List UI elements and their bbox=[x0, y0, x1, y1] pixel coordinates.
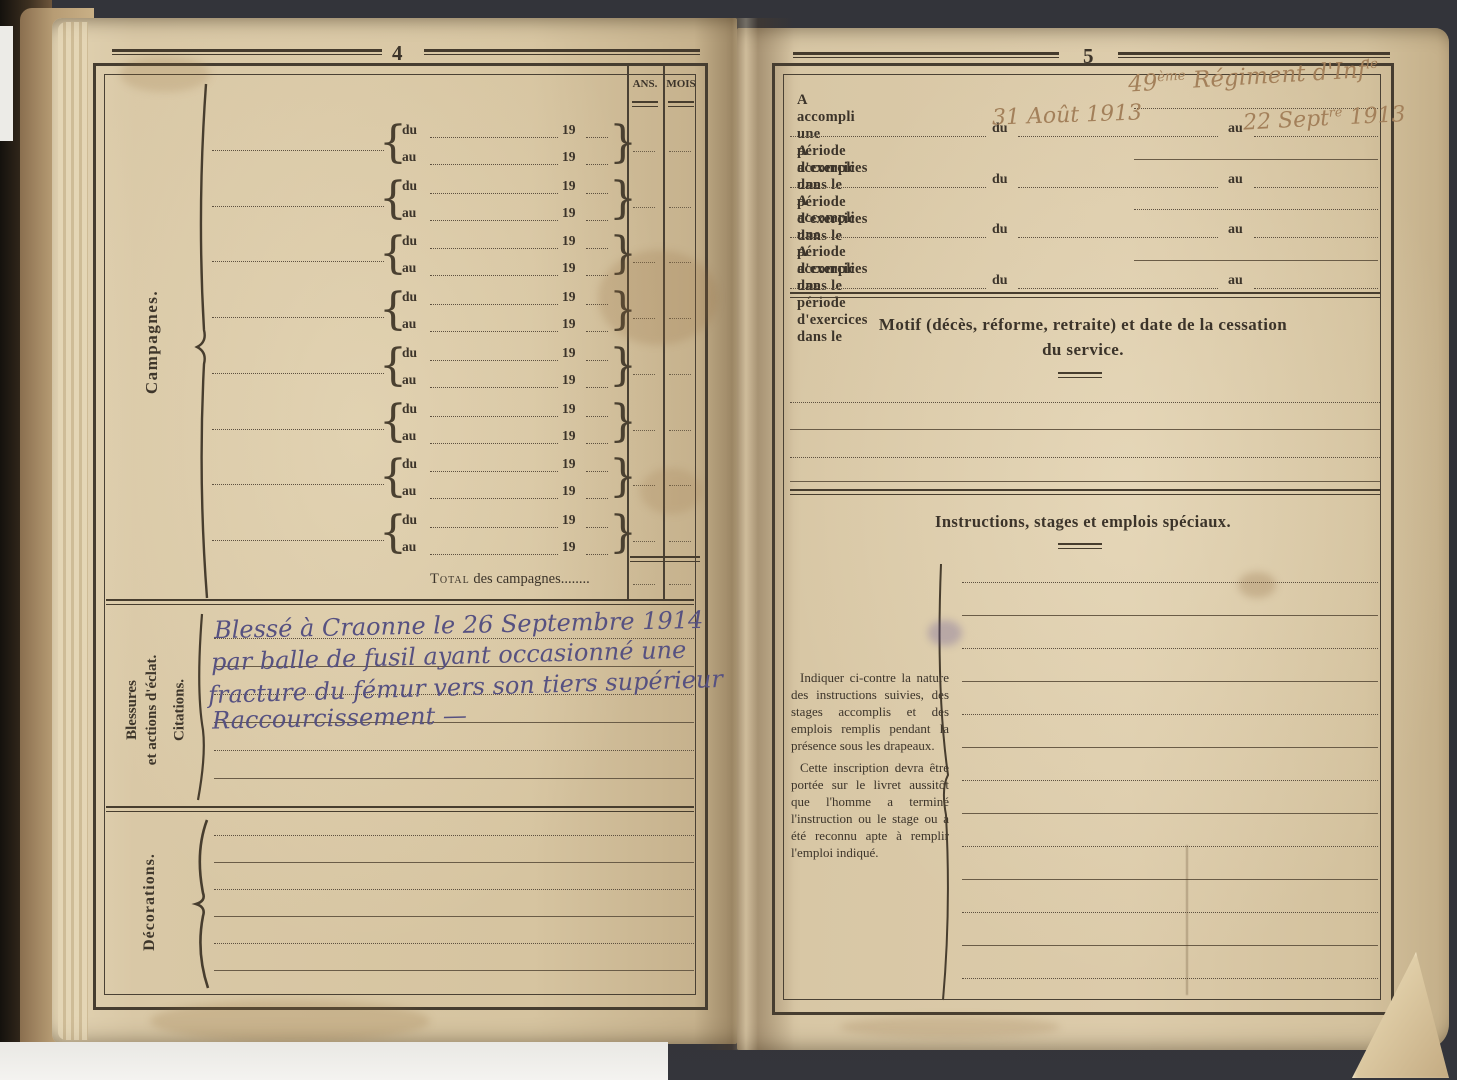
exercise-du-line bbox=[1018, 136, 1218, 137]
ans-entry-line bbox=[633, 374, 655, 375]
hw-date-to-main: 22 Sept bbox=[1242, 106, 1329, 135]
blessures-ruled-line bbox=[214, 778, 694, 779]
campaign-du-label: du bbox=[402, 122, 417, 138]
campaign-du-line bbox=[430, 248, 558, 249]
exercise-left-line bbox=[790, 237, 986, 238]
total-columns-rule bbox=[630, 556, 700, 562]
campaign-au-line-tail bbox=[586, 331, 608, 332]
motif-dash bbox=[1058, 372, 1102, 378]
close-brace: } bbox=[609, 113, 637, 173]
mois-entry-line bbox=[669, 374, 691, 375]
campaign-du-label: du bbox=[402, 456, 417, 472]
campaign-au-line-tail bbox=[586, 275, 608, 276]
handwriting-date-from: 31 Août 1913 bbox=[992, 100, 1143, 130]
campaign-du-line-tail bbox=[586, 416, 608, 417]
campaign-au-line bbox=[430, 275, 558, 276]
scanned-booklet: 4 ANS. MOIS Campagnes. Blessures et acti… bbox=[0, 0, 1457, 1080]
white-scanner-sliver bbox=[0, 26, 13, 141]
ans-entry-line bbox=[633, 207, 655, 208]
instructions-note-p2: Cette inscription devra être portée sur … bbox=[791, 760, 949, 861]
exercise-regiment-line bbox=[1134, 260, 1378, 261]
hw-date-to-sup: re bbox=[1328, 105, 1342, 121]
blessures-handwriting-line: Raccourcissement — bbox=[212, 701, 467, 734]
page-crease bbox=[1186, 845, 1188, 995]
decorations-ruled-line bbox=[214, 943, 694, 944]
campaign-du-year: 19 bbox=[562, 178, 576, 194]
campaign-du-line bbox=[430, 360, 558, 361]
campaign-au-line bbox=[430, 164, 558, 165]
exercise-regiment-line bbox=[1134, 159, 1378, 160]
campaign-du-year: 19 bbox=[562, 233, 576, 249]
campaign-du-label: du bbox=[402, 289, 417, 305]
campaign-du-year: 19 bbox=[562, 122, 576, 138]
campaign-au-year: 19 bbox=[562, 316, 576, 332]
instructions-ruled-line bbox=[962, 582, 1378, 583]
close-brace: } bbox=[609, 280, 637, 340]
campaign-du-year: 19 bbox=[562, 345, 576, 361]
motif-heading-line1: Motif (décès, réforme, retraite) et date… bbox=[785, 315, 1381, 335]
exercise-regiment-line bbox=[1134, 209, 1378, 210]
instructions-ruled-line bbox=[962, 813, 1378, 814]
campaign-du-line bbox=[430, 471, 558, 472]
mois-column-header: MOIS bbox=[664, 78, 698, 90]
right-header-rule-left bbox=[793, 52, 1059, 58]
exercise-left-line bbox=[790, 136, 986, 137]
campaign-du-line bbox=[430, 304, 558, 305]
close-brace: } bbox=[609, 336, 637, 396]
close-brace: } bbox=[609, 392, 637, 452]
mois-header-rule bbox=[668, 101, 694, 107]
mois-entry-line bbox=[669, 151, 691, 152]
campaign-au-line-tail bbox=[586, 443, 608, 444]
campaign-name-line bbox=[212, 150, 384, 151]
instructions-ruled-line bbox=[962, 846, 1378, 847]
ans-entry-line bbox=[633, 541, 655, 542]
citations-label: Citations. bbox=[172, 679, 189, 741]
campaign-name-line bbox=[212, 429, 384, 430]
instructions-ruled-line bbox=[962, 879, 1378, 880]
campaign-name-line bbox=[212, 261, 384, 262]
campaign-au-year: 19 bbox=[562, 149, 576, 165]
campaign-au-year: 19 bbox=[562, 483, 576, 499]
ans-column-header: ANS. bbox=[628, 78, 662, 90]
exercise-du-label: du bbox=[992, 172, 1008, 188]
campaign-du-year: 19 bbox=[562, 401, 576, 417]
instructions-dash bbox=[1058, 543, 1102, 549]
exercise-au-line bbox=[1254, 288, 1378, 289]
rule-above-instructions bbox=[790, 489, 1380, 495]
campaign-du-year: 19 bbox=[562, 512, 576, 528]
campaign-au-line bbox=[430, 554, 558, 555]
exercise-au-label: au bbox=[1228, 222, 1243, 238]
blessures-label-line2: et actions d'éclat. bbox=[144, 655, 160, 765]
total-campagnes-label: Total des campagnes........ bbox=[430, 571, 590, 588]
campaign-au-line-tail bbox=[586, 164, 608, 165]
left-header-rule-right bbox=[424, 49, 700, 55]
campaign-au-line bbox=[430, 331, 558, 332]
campaign-au-year: 19 bbox=[562, 539, 576, 555]
close-brace: } bbox=[609, 224, 637, 284]
ans-header-rule bbox=[632, 101, 658, 107]
instructions-note-p1: Indiquer ci-contre la nature des instruc… bbox=[791, 670, 949, 754]
decorations-ruled-line bbox=[214, 835, 694, 836]
campaign-au-label: au bbox=[402, 149, 416, 165]
hw-regiment-sup1: ème bbox=[1157, 68, 1186, 85]
campaign-au-line-tail bbox=[586, 554, 608, 555]
ans-entry-line bbox=[633, 262, 655, 263]
left-page-edge-lines bbox=[58, 22, 88, 1040]
close-brace: } bbox=[609, 447, 637, 507]
campaign-du-label: du bbox=[402, 233, 417, 249]
exercise-du-line bbox=[1018, 288, 1218, 289]
campaign-au-year: 19 bbox=[562, 205, 576, 221]
campaign-name-line bbox=[212, 317, 384, 318]
decorations-ruled-line bbox=[214, 862, 694, 863]
campaign-name-line bbox=[212, 540, 384, 541]
total-word: Total bbox=[430, 571, 470, 587]
campaign-au-label: au bbox=[402, 316, 416, 332]
mois-entry-line bbox=[669, 430, 691, 431]
blessures-label-line1: Blessures bbox=[124, 680, 140, 740]
total-ans-entry bbox=[633, 584, 655, 585]
campaign-du-label: du bbox=[402, 512, 417, 528]
exercise-du-line bbox=[1018, 237, 1218, 238]
campaign-du-label: du bbox=[402, 178, 417, 194]
hw-regiment-sup2: ie bbox=[1365, 57, 1378, 73]
ans-entry-line bbox=[633, 430, 655, 431]
instructions-ruled-line bbox=[962, 978, 1378, 979]
campaign-au-label: au bbox=[402, 428, 416, 444]
campaign-du-line-tail bbox=[586, 193, 608, 194]
campaign-du-year: 19 bbox=[562, 289, 576, 305]
ans-entry-line bbox=[633, 318, 655, 319]
mois-entry-line bbox=[669, 541, 691, 542]
divider-campagnes-blessures bbox=[106, 599, 694, 605]
exercise-au-label: au bbox=[1228, 121, 1243, 137]
campaign-du-line bbox=[430, 193, 558, 194]
decorations-ruled-line bbox=[214, 889, 694, 890]
exercise-du-label: du bbox=[992, 222, 1008, 238]
left-header-rule-left bbox=[112, 49, 382, 55]
campaign-au-year: 19 bbox=[562, 372, 576, 388]
campaign-au-label: au bbox=[402, 205, 416, 221]
campaign-au-label: au bbox=[402, 260, 416, 276]
campaign-au-line bbox=[430, 387, 558, 388]
motif-ruled-line bbox=[790, 429, 1380, 430]
exercise-left-line bbox=[790, 288, 986, 289]
decorations-ruled-line bbox=[214, 916, 694, 917]
motif-ruled-line bbox=[790, 402, 1380, 403]
campaign-du-label: du bbox=[402, 345, 417, 361]
campaign-name-line bbox=[212, 206, 384, 207]
rule-above-motif bbox=[790, 292, 1380, 298]
motif-ruled-line bbox=[790, 457, 1380, 458]
campaign-du-line-tail bbox=[586, 471, 608, 472]
motif-ruled-line bbox=[790, 481, 1380, 482]
instructions-ruled-line bbox=[962, 648, 1378, 649]
campaign-au-label: au bbox=[402, 372, 416, 388]
hw-regiment-num: 49 bbox=[1127, 70, 1158, 98]
campaign-name-line bbox=[212, 484, 384, 485]
campaign-au-line-tail bbox=[586, 220, 608, 221]
campaign-du-line-tail bbox=[586, 137, 608, 138]
campaign-au-line bbox=[430, 498, 558, 499]
mois-entry-line bbox=[669, 262, 691, 263]
exercise-left-line bbox=[790, 187, 986, 188]
campaign-du-year: 19 bbox=[562, 456, 576, 472]
motif-heading-line2: du service. bbox=[785, 340, 1381, 360]
instructions-ruled-line bbox=[962, 945, 1378, 946]
campaign-au-label: au bbox=[402, 539, 416, 555]
exercise-au-line bbox=[1254, 187, 1378, 188]
campaign-au-line-tail bbox=[586, 387, 608, 388]
ans-entry-line bbox=[633, 485, 655, 486]
campagnes-label: Campagnes. bbox=[142, 290, 162, 394]
divider-blessures-decorations bbox=[106, 806, 694, 812]
mois-entry-line bbox=[669, 485, 691, 486]
instructions-ruled-line bbox=[962, 615, 1378, 616]
campaign-du-line bbox=[430, 416, 558, 417]
campaign-au-line-tail bbox=[586, 498, 608, 499]
mois-entry-line bbox=[669, 207, 691, 208]
instructions-ruled-line bbox=[962, 912, 1378, 913]
campaign-du-line-tail bbox=[586, 248, 608, 249]
instructions-heading: Instructions, stages et emplois spéciaux… bbox=[785, 512, 1381, 532]
instructions-note: Indiquer ci-contre la nature des instruc… bbox=[791, 670, 949, 868]
campaign-au-line bbox=[430, 220, 558, 221]
campaign-du-line bbox=[430, 137, 558, 138]
hw-date-to-year: 1913 bbox=[1342, 102, 1406, 130]
exercise-du-label: du bbox=[992, 273, 1008, 289]
blessures-label: Blessures et actions d'éclat. bbox=[122, 655, 162, 765]
exercise-au-label: au bbox=[1228, 172, 1243, 188]
instructions-ruled-line bbox=[962, 747, 1378, 748]
total-rest: des campagnes........ bbox=[470, 571, 590, 587]
decorations-ruled-line bbox=[214, 970, 694, 971]
exercise-du-line bbox=[1018, 187, 1218, 188]
campaign-au-label: au bbox=[402, 483, 416, 499]
campaign-du-line-tail bbox=[586, 527, 608, 528]
close-brace: } bbox=[609, 169, 637, 229]
exercise-au-label: au bbox=[1228, 273, 1243, 289]
instructions-ruled-line bbox=[962, 714, 1378, 715]
campaign-du-line-tail bbox=[586, 304, 608, 305]
decorations-label: Décorations. bbox=[141, 853, 159, 951]
campaign-au-line bbox=[430, 443, 558, 444]
white-scanner-strip bbox=[0, 1042, 668, 1080]
mois-entry-line bbox=[669, 318, 691, 319]
campaign-au-year: 19 bbox=[562, 260, 576, 276]
instructions-ruled-line bbox=[962, 681, 1378, 682]
mois-column-line bbox=[663, 66, 665, 601]
campaign-du-label: du bbox=[402, 401, 417, 417]
blessures-ruled-line bbox=[214, 750, 694, 751]
total-mois-entry bbox=[669, 584, 691, 585]
ans-entry-line bbox=[633, 151, 655, 152]
exercise-au-line bbox=[1254, 136, 1378, 137]
exercise-au-line bbox=[1254, 237, 1378, 238]
campaign-du-line-tail bbox=[586, 360, 608, 361]
instructions-ruled-line bbox=[962, 780, 1378, 781]
campaign-name-line bbox=[212, 373, 384, 374]
campaign-au-year: 19 bbox=[562, 428, 576, 444]
close-brace: } bbox=[609, 503, 637, 563]
campaign-du-line bbox=[430, 527, 558, 528]
